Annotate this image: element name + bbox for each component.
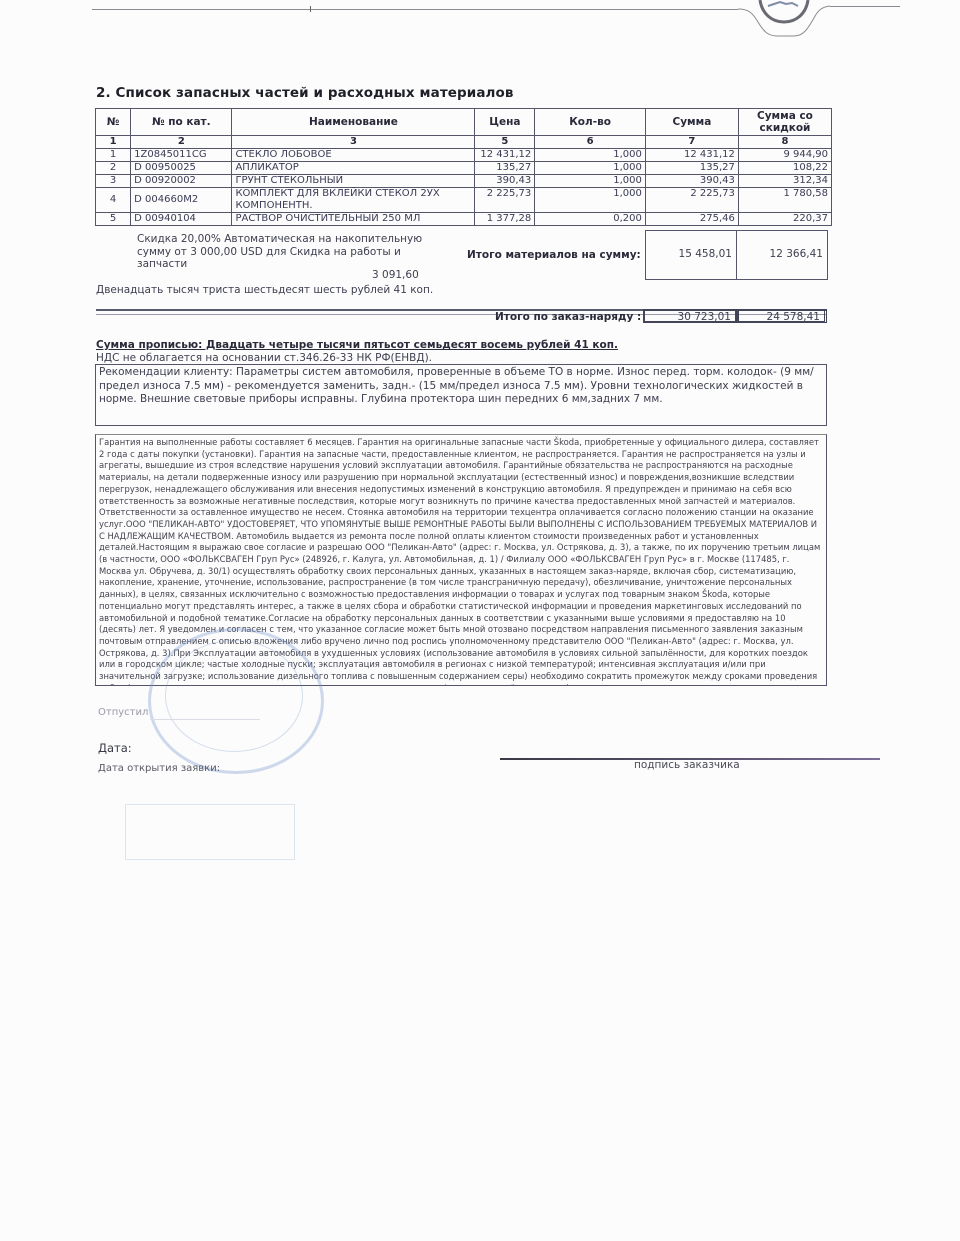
table-row: 2D 00950025АПЛИКАТОР135,271,000135,27108…	[96, 162, 832, 175]
page-top-rule	[92, 9, 738, 10]
index-cell: 7	[645, 136, 738, 149]
order-total-label: Итого по заказ-наряду :	[495, 311, 641, 323]
row-number-cell: 5	[96, 213, 131, 226]
index-cell: 1	[96, 136, 131, 149]
released-by-line	[150, 719, 260, 720]
quantity-cell: 1,000	[535, 162, 646, 175]
index-cell: 2	[131, 136, 232, 149]
header-no: №	[96, 109, 131, 136]
materials-total-label: Итого материалов на сумму:	[467, 249, 641, 261]
quantity-cell: 1,000	[535, 188, 646, 213]
page-top-rule-right	[830, 6, 900, 7]
date-label: Дата:	[98, 741, 132, 755]
discounted-sum-cell: 108,22	[738, 162, 831, 175]
table-row: 4D 004660M2КОМПЛЕКТ ДЛЯ ВКЛЕЙКИ СТЕКОЛ 2…	[96, 188, 832, 213]
released-by-label: Отпустил	[98, 707, 148, 718]
order-total-discounted: 24 578,41	[737, 309, 827, 323]
row-number-cell: 4	[96, 188, 131, 213]
catalog-number-cell: D 00950025	[131, 162, 232, 175]
sum-cell: 2 225,73	[645, 188, 738, 213]
index-cell: 3	[232, 136, 475, 149]
discounted-sum-cell: 9 944,90	[738, 149, 831, 162]
price-cell: 390,43	[475, 175, 535, 188]
customer-signature-label: подпись заказчика	[634, 759, 740, 771]
amount-in-words: Сумма прописью: Двадцать четыре тысячи п…	[96, 339, 618, 351]
price-cell: 1 377,28	[475, 213, 535, 226]
sum-cell: 135,27	[645, 162, 738, 175]
quantity-cell: 0,200	[535, 213, 646, 226]
quantity-cell: 1,000	[535, 149, 646, 162]
discounted-sum-cell: 312,34	[738, 175, 831, 188]
request-open-date-label: Дата открытия заявки:	[98, 763, 220, 774]
table-row: 3D 00920002ГРУНТ СТЕКОЛЬНЫЙ390,431,00039…	[96, 175, 832, 188]
skoda-logo-icon	[738, 0, 830, 42]
discounted-sum-cell: 1 780,58	[738, 188, 831, 213]
sum-cell: 390,43	[645, 175, 738, 188]
price-cell: 2 225,73	[475, 188, 535, 213]
materials-total-discounted: 12 366,41	[736, 230, 828, 280]
part-name-cell: СТЕКЛО ЛОБОВОЕ	[232, 149, 475, 162]
table-row: 5D 00940104РАСТВОР ОЧИСТИТЕЛЬНЫЙ 250 МЛ1…	[96, 213, 832, 226]
row-number-cell: 3	[96, 175, 131, 188]
column-index-row: 1 2 3 5 6 7 8	[96, 136, 832, 149]
row-number-cell: 1	[96, 149, 131, 162]
discount-description: Скидка 20,00% Автоматическая на накопите…	[137, 233, 427, 271]
company-seal-inner-ring	[165, 640, 303, 752]
part-name-cell: КОМПЛЕКТ ДЛЯ ВКЛЕЙКИ СТЕКОЛ 2УХ КОМПОНЕН…	[232, 188, 475, 213]
part-name-cell: АПЛИКАТОР	[232, 162, 475, 175]
order-total-sum: 30 723,01	[643, 309, 737, 323]
part-name-cell: ГРУНТ СТЕКОЛЬНЫЙ	[232, 175, 475, 188]
sum-cell: 12 431,12	[645, 149, 738, 162]
index-cell: 5	[475, 136, 535, 149]
header-catalog-no: № по кат.	[131, 109, 232, 136]
table-row: 11Z0845011CGСТЕКЛО ЛОБОВОЕ12 431,121,000…	[96, 149, 832, 162]
header-price: Цена	[475, 109, 535, 136]
parts-table-header: № № по кат. Наименование Цена Кол-во Сум…	[96, 109, 832, 136]
catalog-number-cell: 1Z0845011CG	[131, 149, 232, 162]
rectangular-stamp	[125, 804, 295, 860]
parts-table: № № по кат. Наименование Цена Кол-во Сум…	[95, 108, 832, 226]
row-number-cell: 2	[96, 162, 131, 175]
quantity-cell: 1,000	[535, 175, 646, 188]
index-cell: 8	[738, 136, 831, 149]
index-cell: 6	[535, 136, 646, 149]
catalog-number-cell: D 00940104	[131, 213, 232, 226]
discounted-sum-cell: 220,37	[738, 213, 831, 226]
materials-total-in-words: Двенадцать тысяч триста шестьдесят шесть…	[96, 284, 433, 296]
discount-amount: 3 091,60	[372, 269, 419, 281]
page-tick-mark	[310, 6, 311, 12]
header-name: Наименование	[232, 109, 475, 136]
section-title: 2. Список запасных частей и расходных ма…	[96, 85, 514, 101]
part-name-cell: РАСТВОР ОЧИСТИТЕЛЬНЫЙ 250 МЛ	[232, 213, 475, 226]
materials-total-sum: 15 458,01	[645, 230, 737, 280]
sum-cell: 275,46	[645, 213, 738, 226]
price-cell: 12 431,12	[475, 149, 535, 162]
catalog-number-cell: D 004660M2	[131, 188, 232, 213]
header-sum: Сумма	[645, 109, 738, 136]
price-cell: 135,27	[475, 162, 535, 175]
vat-note: НДС не облагается на основании ст.346.26…	[96, 352, 432, 364]
client-recommendations: Рекомендации клиенту: Параметры систем а…	[95, 364, 827, 426]
catalog-number-cell: D 00920002	[131, 175, 232, 188]
header-qty: Кол-во	[535, 109, 646, 136]
header-discounted-sum: Сумма со скидкой	[738, 109, 831, 136]
